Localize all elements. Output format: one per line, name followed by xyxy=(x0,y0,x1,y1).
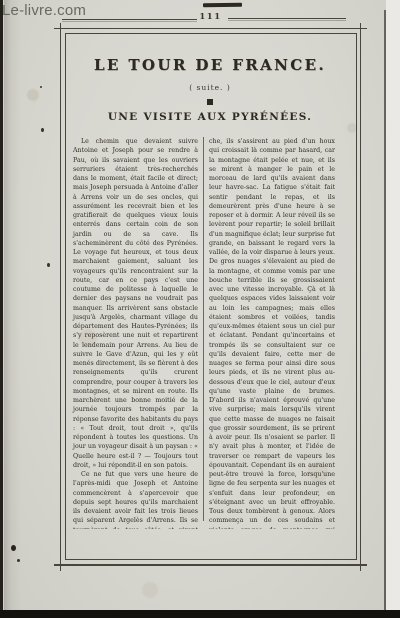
frame-line-right xyxy=(360,23,361,571)
paragraph: che, ils s'assirent au pied d'un houx qu… xyxy=(209,137,335,529)
masthead-title: LE TOUR DE FRANCE. xyxy=(66,56,354,74)
ink-speck xyxy=(40,86,42,88)
ink-speck xyxy=(41,128,44,132)
head-rule-right xyxy=(228,18,346,19)
paragraph: Le chemin que devaient suivre Antoine et… xyxy=(73,137,198,470)
page-edge-right-line xyxy=(384,10,386,612)
continuation-note: ( suite. ) xyxy=(66,83,354,92)
article-heading: UNE VISITE AUX PYRÉNÉES. xyxy=(66,111,354,123)
column-right: che, ils s'assirent au pied d'un houx qu… xyxy=(204,137,341,529)
frame-line-bottom xyxy=(54,564,367,566)
page-edge-right-surface xyxy=(386,0,400,612)
square-ornament xyxy=(207,99,213,105)
text-columns: Le chemin que devaient suivre Antoine et… xyxy=(66,137,354,529)
ink-speck xyxy=(47,263,50,267)
frame-line-left xyxy=(60,23,61,571)
binding-crease xyxy=(4,0,22,618)
head-rule-left xyxy=(62,19,197,20)
ink-speck xyxy=(11,545,16,551)
page-content: LE TOUR DE FRANCE. ( suite. ) UNE VISITE… xyxy=(66,34,354,557)
frame-line-top xyxy=(54,28,367,29)
page-number: 111 xyxy=(199,12,221,22)
column-left: Le chemin que devaient suivre Antoine et… xyxy=(66,137,203,529)
running-head: 111 xyxy=(60,11,361,25)
photo-edge-left xyxy=(0,0,3,618)
ink-speck xyxy=(17,559,20,562)
photo-edge-bottom xyxy=(0,610,400,618)
scanned-page-photo: Le-livre.com 111 LE TOUR DE FRANCE. ( su… xyxy=(0,0,400,618)
paragraph: Ce ne fut que vers une heure de l'après-… xyxy=(73,470,198,529)
top-ink-dash xyxy=(203,3,242,8)
